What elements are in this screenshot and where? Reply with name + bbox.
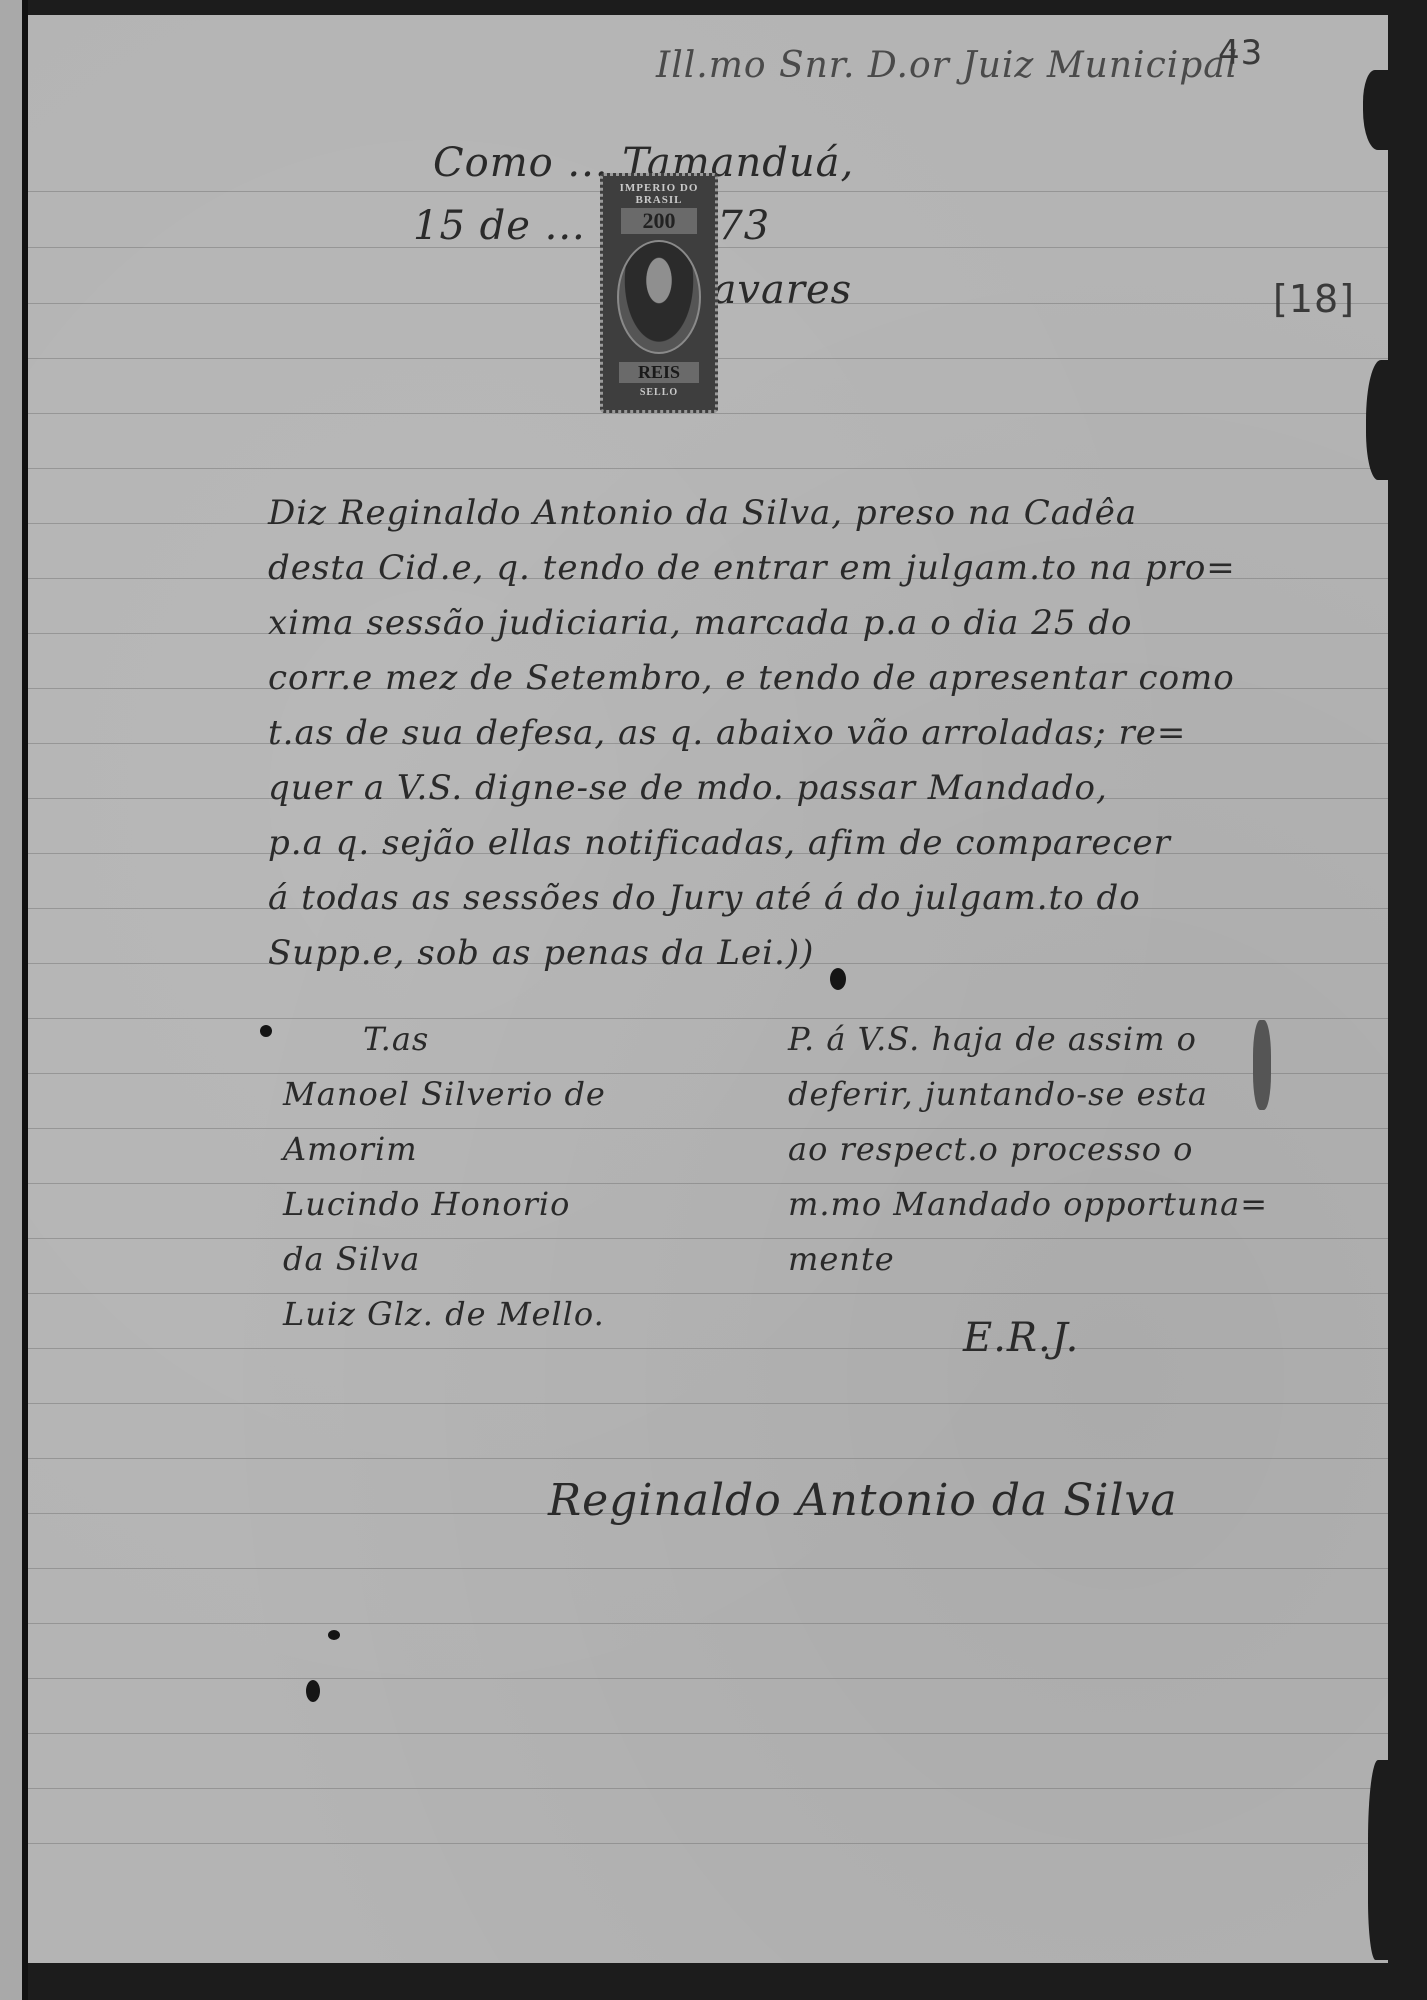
ruled-line (28, 1623, 1388, 1624)
ink-smudge (1253, 1020, 1271, 1110)
torn-edge (1366, 360, 1396, 480)
ruled-line (28, 1128, 1388, 1129)
ink-blot (260, 1025, 272, 1037)
ruled-line (28, 1788, 1388, 1789)
witness-line-3: Lucindo Honorio (283, 1185, 570, 1223)
witness-line-2: Amorim (283, 1130, 418, 1168)
ruled-line (28, 1238, 1388, 1239)
ink-blot (328, 1630, 340, 1640)
stamp-denomination: REIS (619, 362, 699, 383)
torn-edge (1363, 70, 1393, 150)
body-line-2: desta Cid.e, q. tendo de entrar em julga… (268, 548, 1236, 588)
ruled-line (28, 468, 1388, 469)
ruled-line (28, 1843, 1388, 1844)
ruled-line (28, 1018, 1388, 1019)
revenue-stamp: IMPERIO DO BRASIL 200 REIS SELLO (600, 173, 718, 413)
body-line-4: corr.e mez de Setembro, e tendo de apres… (268, 658, 1235, 698)
closing-formula: E.R.J. (963, 1315, 1079, 1361)
witness-line-5: Luiz Glz. de Mello. (283, 1295, 605, 1333)
request-line-2: deferir, juntando-se esta (788, 1075, 1208, 1113)
ruled-line (28, 1458, 1388, 1459)
ruled-line (28, 1073, 1388, 1074)
stamp-top-text: IMPERIO DO BRASIL (603, 182, 715, 206)
ruled-line (28, 1183, 1388, 1184)
body-line-8: á todas as sessões do Jury até á do julg… (268, 878, 1141, 918)
folio-number: 43 (1218, 33, 1263, 73)
body-line-7: p.a q. sejão ellas notificadas, afim de … (268, 823, 1171, 863)
witnesses-heading: T.as (363, 1020, 429, 1058)
petitioner-signature: Reginaldo Antonio da Silva (548, 1475, 1178, 1526)
stamp-value: 200 (621, 208, 697, 234)
document-page: Ill.mo Snr. D.or Juiz Municipal 43 Como … (28, 15, 1388, 1963)
ruled-line (28, 1733, 1388, 1734)
ruled-line (28, 1293, 1388, 1294)
body-line-5: t.as de sua defesa, as q. abaixo vão arr… (268, 713, 1186, 753)
body-line-9: Supp.e, sob as penas da Lei.)) (268, 933, 814, 973)
adjacent-page-edge (0, 0, 22, 2000)
request-line-5: mente (788, 1240, 895, 1278)
request-line-3: ao respect.o processo o (788, 1130, 1193, 1168)
ruled-line (28, 1568, 1388, 1569)
witness-line-1: Manoel Silverio de (283, 1075, 606, 1113)
request-line-4: m.mo Mandado opportuna= (788, 1185, 1268, 1223)
ink-blot (306, 1680, 320, 1702)
body-line-3: xima sessão judiciaria, marcada p.a o di… (268, 603, 1133, 643)
ruled-line (28, 413, 1388, 414)
witness-line-4: da Silva (283, 1240, 420, 1278)
archive-number: [18] (1273, 277, 1355, 321)
addressee: Ill.mo Snr. D.or Juiz Municipal (656, 45, 1238, 86)
emperor-portrait-icon (617, 240, 701, 354)
body-line-1: Diz Reginaldo Antonio da Silva, preso na… (268, 493, 1137, 533)
body-line-6: quer a V.S. digne-se de mdo. passar Mand… (268, 768, 1108, 808)
ruled-line (28, 1403, 1388, 1404)
ink-blot (830, 968, 846, 990)
stamp-bottom-text: SELLO (603, 387, 715, 398)
ruled-line (28, 1678, 1388, 1679)
request-line-1: P. á V.S. haja de assim o (788, 1020, 1197, 1058)
torn-edge (1368, 1760, 1393, 1960)
ruled-line (28, 1348, 1388, 1349)
